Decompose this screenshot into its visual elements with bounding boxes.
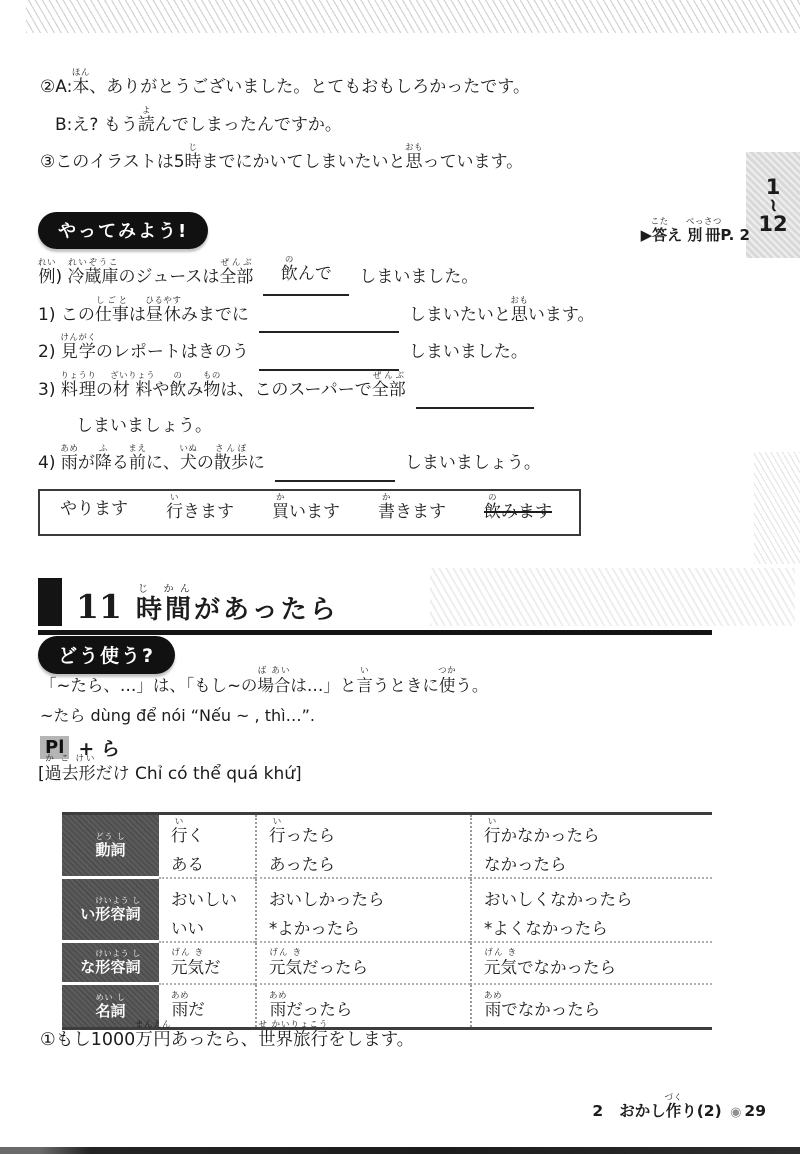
chapter-num: 2 <box>592 1102 603 1120</box>
word-bank-item: 行いきます <box>166 493 234 528</box>
answer-blank[interactable] <box>275 456 395 482</box>
conjugation-cell: 元気げん きだったら <box>255 943 470 985</box>
exercise-line: 1) この仕事しごとは昼休ひるやすみまでにしまいたいと思おもいます。 <box>38 296 750 334</box>
page-bottom-bar <box>0 1147 800 1154</box>
usage-explanation: 「~たら、…」は、「もし~の場合ば あいは…」と言いうときに使つかう。 ~たら … <box>40 666 488 728</box>
conjugation-cell: 行いかなかったらなかったら <box>470 815 712 879</box>
tab-range-end: 12 <box>758 212 787 236</box>
form-note: [過去形か こ けいだけ Chỉ có thể quá khứ] <box>38 754 302 793</box>
usage-explanation-jp: 「~たら、…」は、「もし~の場合ば あいは…」と言いうときに使つかう。 <box>40 666 488 704</box>
example-sentence-1: ①もし1000万円まんえんあったら、世界旅行せ かいりょこうをします。 <box>40 1020 414 1059</box>
practice-section-header: やってみよう! ▶答こたえ 別冊べっさつP. 2 <box>38 212 750 249</box>
conjugation-cell: おいしいいい <box>159 879 255 943</box>
page-footer: 2おかし作づくり(2) ◉29 <box>592 1093 766 1126</box>
practice-section: やってみよう! ▶答こたえ 別冊べっさつP. 2 例れい) 冷蔵庫れいぞうこのジ… <box>38 212 750 482</box>
unit-range-tab: 1 ~ 12 <box>746 152 800 258</box>
conjugation-cell: 元気げん きでなかったら <box>470 943 712 985</box>
conjugation-cell: 行いったらあったら <box>255 815 470 879</box>
conjugation-cell: おいしくなかったら*よくなかったら <box>470 879 712 943</box>
exercise-line: 例れい) 冷蔵庫れいぞうこのジュースは全部ぜんぶ飲のんでしまいました。 <box>38 255 750 296</box>
lesson-title: 時間じ かんがあったら <box>136 584 339 626</box>
example-sentence-line: ③このイラストは5時じまでにかいてしまいたいと思おもっています。 <box>40 143 530 181</box>
tab-range-tilde: ~ <box>765 196 781 214</box>
example-sentence-line: ②A:本ほん、ありがとうございました。とてもおもしろかったです。 <box>40 68 530 106</box>
word-bank-item: やります <box>60 493 128 528</box>
word-bank-item: 買かいます <box>272 493 340 528</box>
answer-blank[interactable] <box>259 345 399 371</box>
example-dialogue-block: ②A:本ほん、ありがとうございました。とてもおもしろかったです。B:え? もう読… <box>40 68 530 181</box>
textbook-page: 1 ~ 12 ②A:本ほん、ありがとうございました。とてもおもしろかったです。B… <box>0 0 800 1154</box>
pos-header-cell: い形容詞けいよう し <box>62 879 159 943</box>
conjugation-table: 動詞どう し行いくある行いったらあったら行いかなかったらなかったらい形容詞けいよ… <box>62 812 712 1030</box>
conjugation-cell: 雨あめでなかったら <box>470 985 712 1027</box>
word-bank-item: 書かきます <box>378 493 446 528</box>
lesson-number: 11 <box>76 590 122 626</box>
lesson-header-block-icon <box>38 578 62 626</box>
exercise-line: しまいましょう。 <box>38 409 750 445</box>
answer-reference: ▶答こたえ 別冊べっさつP. 2 <box>641 217 750 250</box>
exercise-list: 例れい) 冷蔵庫れいぞうこのジュースは全部ぜんぶ飲のんでしまいました。1) この… <box>38 255 750 482</box>
conjugation-cell: 元気げん きだ <box>159 943 255 985</box>
page-side-texture <box>754 452 800 564</box>
pos-header-cell: な形容詞けいよう し <box>62 943 159 985</box>
answer-blank[interactable]: 飲のんで <box>263 255 349 296</box>
exercise-line: 4) 雨あめが降ふる前まえに、犬いぬの散歩さんぽにしまいましょう。 <box>38 444 750 482</box>
lesson-header: 11 時間じ かんがあったら <box>38 578 712 635</box>
page-top-texture <box>26 0 800 33</box>
exercise-line: 2) 見学けんがくのレポートはきのうしまいました。 <box>38 333 750 371</box>
pos-header-cell: 動詞どう し <box>62 815 159 879</box>
answer-blank[interactable] <box>416 383 534 409</box>
page-dot: ◉ <box>730 1105 741 1120</box>
conjugation-cell: 行いくある <box>159 815 255 879</box>
conjugation-cell: おいしかったら*よかったら <box>255 879 470 943</box>
usage-explanation-vi: ~たら dùng để nói “Nếu ~ , thì…”. <box>40 704 488 728</box>
word-bank-item: 飲のみます <box>484 493 552 528</box>
try-it-badge: やってみよう! <box>38 212 208 249</box>
example-sentence-line: B:え? もう読よんでしまったんですか。 <box>40 106 530 144</box>
tab-range-start: 1 <box>766 175 781 199</box>
answer-blank[interactable] <box>259 307 399 333</box>
word-bank: やります行いきます買かいます書かきます飲のみます <box>38 489 581 536</box>
exercise-line: 3) 料理りょうりの材料ざいりょうや飲のみ物ものは、このスーパーで全部ぜんぶ <box>38 371 750 409</box>
